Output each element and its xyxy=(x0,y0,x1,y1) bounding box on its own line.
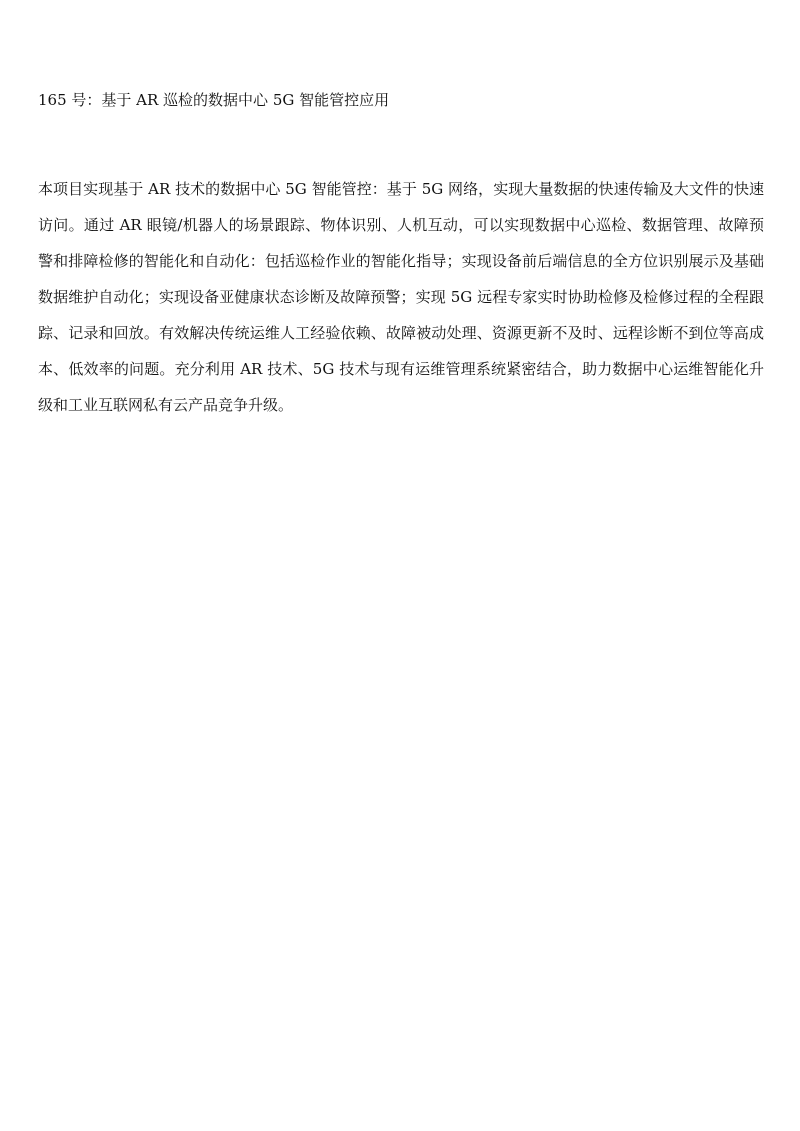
document-title: 165 号：基于 AR 巡检的数据中心 5G 智能管控应用 xyxy=(38,88,389,112)
document-paragraph: 本项目实现基于 AR 技术的数据中心 5G 智能管控：基于 5G 网络，实现大量… xyxy=(38,171,764,423)
